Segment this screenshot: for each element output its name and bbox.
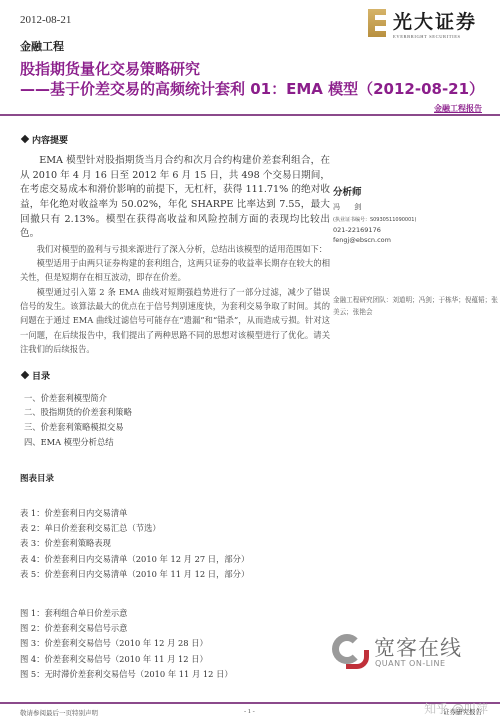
toc-item[interactable]: 一、价差套利模型简介 — [20, 391, 330, 406]
toc-item[interactable]: 三、价差套利策略模拟交易 — [20, 420, 330, 435]
charts-list: 图 1：套利组合单日价差示意 图 2：价差套利交易信号示意 图 3：价差套利交易… — [20, 606, 330, 682]
analyst-name: 冯 剑 — [333, 202, 498, 212]
logo-e-icon — [368, 9, 386, 37]
chart-list-item[interactable]: 图 1：套利组合单日价差示意 — [20, 606, 330, 621]
report-type-label: 金融工程报告 — [434, 103, 482, 114]
page-number: - 1 - — [244, 708, 255, 715]
quant-online-watermark: 宽客在线 QUANT ON-LINE — [332, 632, 492, 672]
logo-name-en: EVERBRIGHT SECURITIES — [393, 34, 461, 39]
watermark-name-cn: 宽客在线 — [374, 632, 462, 662]
logo-name-cn: 光大证券 — [393, 7, 477, 34]
everbright-logo: 光大证券 EVERBRIGHT SECURITIES — [368, 7, 493, 43]
diamond-bullet-icon — [21, 135, 29, 143]
header-divider — [0, 114, 500, 116]
summary-paragraph-1: EMA 模型针对股指期货当月合约和次月合约构建价差套利组合，在从 2010 年 … — [20, 154, 330, 242]
figures-heading: 图表目录 — [20, 472, 330, 486]
table-list-item[interactable]: 表 5：价差套利日内交易清单（2010 年 11 月 12 日，部分） — [20, 567, 330, 582]
footer-disclaimer: 敬请参阅最后一页特别声明 — [20, 708, 98, 717]
toc-heading: 目录 — [20, 370, 330, 384]
chart-list-item[interactable]: 图 5：无时滞价差套利交易信号（2010 年 11 月 12 日） — [20, 667, 330, 682]
quant-online-arc-icon — [346, 650, 369, 669]
diamond-bullet-icon — [21, 371, 29, 379]
analyst-cert: (执业证书编号：S0930511090001) — [333, 216, 498, 223]
tables-list: 表 1：价差套利日内交易清单 表 2：单日价差套利交易汇总（节选） 表 3：价差… — [20, 506, 330, 582]
table-list-item[interactable]: 表 1：价差套利日内交易清单 — [20, 506, 330, 521]
table-list-item[interactable]: 表 4：价差套利日内交易清单（2010 年 12 月 27 日，部分） — [20, 552, 330, 567]
table-of-contents: 目录 一、价差套利模型简介 二、股指期货的价差套利策略 三、价差套利策略模拟交易… — [20, 370, 330, 449]
chart-list-item[interactable]: 图 2：价差套利交易信号示意 — [20, 621, 330, 636]
analyst-info: 分析师 冯 剑 (执业证书编号：S0930511090001) 021-2216… — [333, 184, 498, 244]
table-list-item[interactable]: 表 3：价差套利策略表现 — [20, 536, 330, 551]
summary-paragraph-4: 模型通过引入第 2 条 EMA 曲线对短期强趋势进行了一部分过滤，减少了错误信号… — [20, 285, 330, 356]
summary-paragraph-2: 我们对模型的盈利与亏损来源进行了深入分析，总结出该模型的适用范围如下： — [20, 242, 330, 256]
chart-list-item[interactable]: 图 4：价差套利交易信号（2010 年 11 月 12 日） — [20, 652, 330, 667]
analyst-email[interactable]: fengj@ebscn.com — [333, 236, 498, 244]
report-title: 股指期货量化交易策略研究 — [20, 58, 200, 79]
toc-item[interactable]: 四、EMA 模型分析总结 — [20, 435, 330, 450]
main-content: 内容提要 EMA 模型针对股指期货当月合约和次月合约构建价差套利组合，在从 20… — [20, 134, 330, 682]
summary-paragraph-3: 模型适用于由两只证券构建的套利组合，这两只证券的收益率长期存在较大的相关性，但是… — [20, 256, 330, 285]
summary-heading: 内容提要 — [20, 134, 330, 148]
toc-item[interactable]: 二、股指期货的价差套利策略 — [20, 405, 330, 420]
report-date: 2012-08-21 — [20, 14, 71, 26]
report-subtitle: ——基于价差交易的高频统计套利 01：EMA 模型（2012-08-21） — [20, 78, 484, 99]
analyst-role: 分析师 — [333, 184, 498, 198]
watermark-name-en: QUANT ON-LINE — [375, 659, 446, 668]
table-list-item[interactable]: 表 2：单日价差套利交易汇总（节选） — [20, 521, 330, 536]
section-label: 金融工程 — [20, 38, 64, 54]
chart-list-item[interactable]: 图 3：价差套利交易信号（2010 年 12 月 28 日） — [20, 636, 330, 651]
analyst-phone: 021-22169176 — [333, 226, 498, 234]
research-team: 金融工程研究团队：刘道明；冯剑；于栋华；倪蕴韬；张美云；张艳会 — [333, 294, 498, 318]
footer-report-label: 证券研究报告 — [443, 707, 482, 716]
